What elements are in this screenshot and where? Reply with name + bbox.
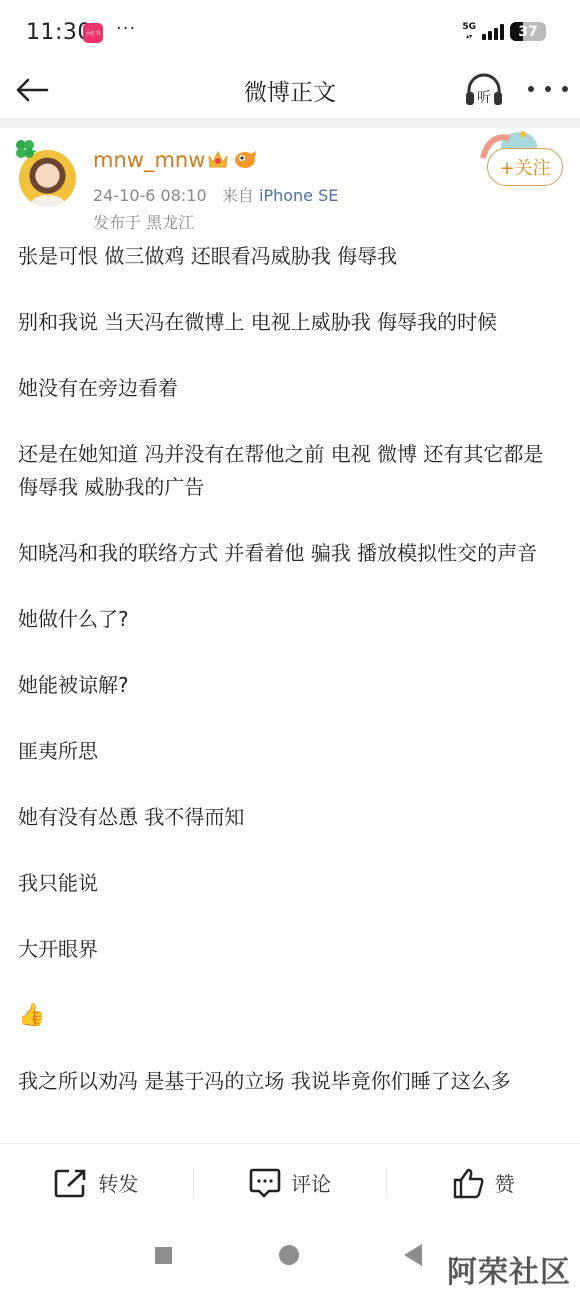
post-paragraph: 我只能说 [18,867,563,900]
crown-vip-icon[interactable] [207,148,229,170]
home-button[interactable] [279,1245,299,1265]
thumbs-up-icon [453,1167,485,1199]
source-prefix: 来自 [222,186,254,205]
recent-apps-button[interactable] [155,1247,172,1264]
post-paragraph: 她做什么了? [18,603,563,636]
comment-button[interactable]: 评论 [194,1163,387,1203]
data-arrows-icon: ▴▾ [466,32,472,41]
post-paragraph: 她能被谅解? [18,669,563,702]
comment-icon [249,1168,281,1198]
post-paragraph: 她有没有怂恿 我不得而知 [18,801,563,834]
post-timestamp: 24-10-6 08:10 [93,186,207,205]
section-divider [0,118,580,128]
network-label: 5G [462,23,476,32]
watermark-text: 阿荣社区 [447,1247,571,1291]
post-content: 张是可恨 做三做鸡 还眼看冯威胁我 侮辱我 别和我说 当天冯在微博上 电视上威胁… [18,240,563,1131]
system-back-button[interactable] [404,1244,422,1266]
post-paragraph: 别和我说 当天冯在微博上 电视上威胁我 侮辱我的时候 [18,306,563,339]
post-paragraph: 大开眼界 [18,933,563,966]
post-paragraph: 我之所以劝冯 是基于冯的立场 我说毕竟你们睡了这么多 [18,1065,563,1098]
user-badges [207,148,257,170]
nav-header: 微博正文 听 [0,64,580,118]
headphones-icon: 听 [464,72,504,108]
clover-decoration-icon [14,138,36,160]
post-paragraph: 她没有在旁边看着 [18,372,563,405]
source-device[interactable]: iPhone SE [259,186,338,205]
more-options-button[interactable] [528,74,568,104]
post-meta: 24-10-6 08:10 来自 iPhone SE [93,183,338,206]
post-paragraph: 张是可恨 做三做鸡 还眼看冯威胁我 侮辱我 [18,240,563,273]
author-header: mnw_mnw 24-10-6 08:10 来自 iPhone SE 发布于 黑… [0,128,580,232]
share-icon [54,1168,88,1198]
repost-label: 转发 [98,1168,138,1197]
svg-text:听: 听 [477,90,491,106]
avatar[interactable] [14,138,80,208]
like-button[interactable]: 赞 [387,1163,580,1203]
post-paragraph: 匪夷所思 [18,735,563,768]
signal-icon [482,24,504,40]
fish-emoji-icon [233,148,257,170]
status-indicators: 5G ▴▾ 37 [462,22,546,41]
thumbs-up-emoji-icon: 👍 [18,999,563,1032]
status-overflow-icon: ··· [116,18,136,39]
post-action-bar: 转发 评论 赞 [0,1143,580,1221]
network-5g-icon: 5G ▴▾ [462,23,476,41]
more-dot-icon [562,86,568,92]
status-bar: 11:30 小红书 ··· 5G ▴▾ 37 [0,0,580,64]
post-paragraph: 知晓冯和我的联络方式 并看着他 骗我 播放模拟性交的声音 [18,537,563,570]
comment-label: 评论 [291,1168,331,1197]
repost-button[interactable]: 转发 [0,1163,193,1203]
system-nav-bar: 阿荣社区 [0,1221,580,1291]
battery-level: 37 [518,24,537,40]
listen-button[interactable]: 听 [464,72,504,108]
post-location: 发布于 黑龙江 [93,210,194,233]
post-paragraph: 还是在她知道 冯并没有在帮他之前 电视 微博 还有其它都是侮辱我 威胁我的广告 [18,438,563,504]
app-notification-icon: 小红书 [83,23,103,43]
battery-icon: 37 [510,22,546,41]
like-label: 赞 [495,1168,515,1197]
follow-button[interactable]: +关注 [487,148,563,186]
more-dot-icon [545,86,551,92]
username-link[interactable]: mnw_mnw [93,148,205,172]
more-dot-icon [528,86,534,92]
